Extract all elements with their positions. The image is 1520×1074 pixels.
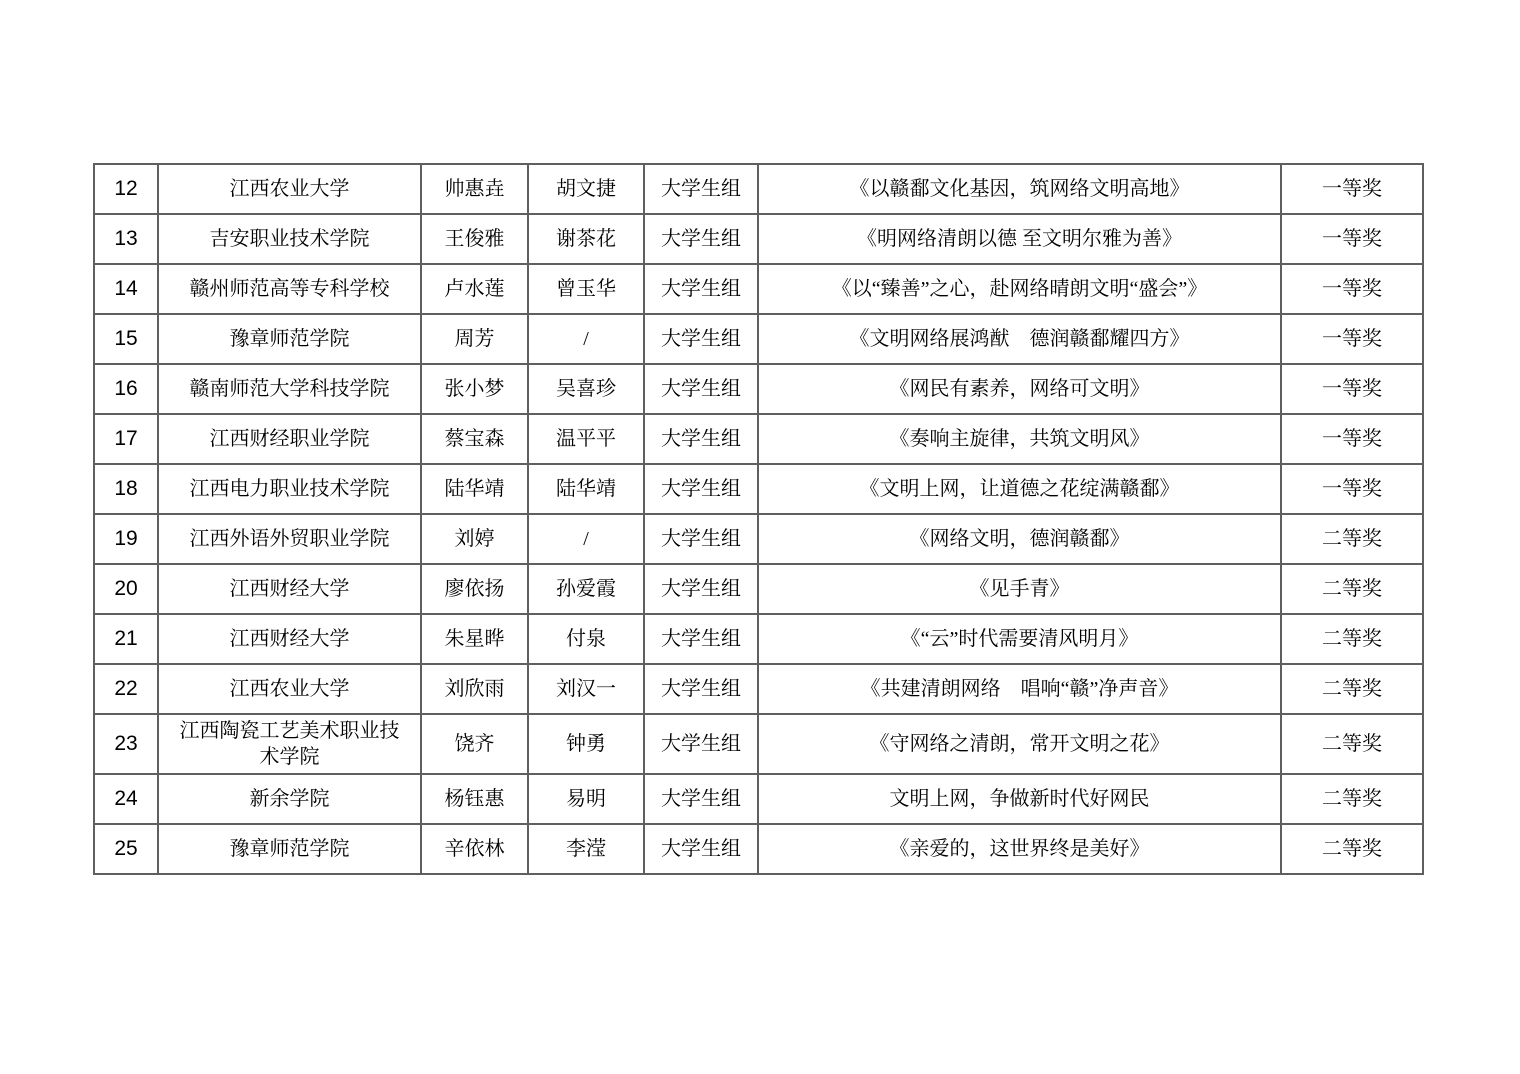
cell-author-name: 刘婷 bbox=[421, 514, 528, 564]
cell-row-number: 18 bbox=[94, 464, 158, 514]
cell-work-title: 《文明网络展鸿猷 德润赣鄱耀四方》 bbox=[758, 314, 1281, 364]
cell-second-name: 陆华靖 bbox=[528, 464, 644, 514]
cell-award-level: 一等奖 bbox=[1281, 464, 1423, 514]
cell-award-level: 二等奖 bbox=[1281, 564, 1423, 614]
cell-work-title: 《明网络清朗以德 至文明尔雅为善》 bbox=[758, 214, 1281, 264]
cell-group-label: 大学生组 bbox=[644, 824, 758, 874]
cell-award-level: 二等奖 bbox=[1281, 514, 1423, 564]
cell-award-level: 一等奖 bbox=[1281, 314, 1423, 364]
cell-award-level: 二等奖 bbox=[1281, 824, 1423, 874]
table-row: 17 江西财经职业学院 蔡宝森 温平平 大学生组 《奏响主旋律，共筑文明风》 一… bbox=[94, 414, 1423, 464]
cell-group-label: 大学生组 bbox=[644, 464, 758, 514]
cell-school-name: 新余学院 bbox=[158, 774, 421, 824]
cell-author-name: 蔡宝森 bbox=[421, 414, 528, 464]
cell-second-name: 胡文捷 bbox=[528, 164, 644, 214]
table-row: 18 江西电力职业技术学院 陆华靖 陆华靖 大学生组 《文明上网，让道德之花绽满… bbox=[94, 464, 1423, 514]
cell-group-label: 大学生组 bbox=[644, 214, 758, 264]
cell-row-number: 14 bbox=[94, 264, 158, 314]
cell-second-name: 付泉 bbox=[528, 614, 644, 664]
cell-school-name: 江西陶瓷工艺美术职业技术学院 bbox=[158, 714, 421, 774]
cell-school-name: 豫章师范学院 bbox=[158, 824, 421, 874]
cell-work-title: 《亲爱的，这世界终是美好》 bbox=[758, 824, 1281, 874]
cell-group-label: 大学生组 bbox=[644, 364, 758, 414]
cell-school-name: 江西农业大学 bbox=[158, 664, 421, 714]
table-row: 21 江西财经大学 朱星晔 付泉 大学生组 《“云”时代需要清风明月》 二等奖 bbox=[94, 614, 1423, 664]
cell-row-number: 19 bbox=[94, 514, 158, 564]
table-row: 24 新余学院 杨钰惠 易明 大学生组 文明上网，争做新时代好网民 二等奖 bbox=[94, 774, 1423, 824]
cell-school-name: 江西财经职业学院 bbox=[158, 414, 421, 464]
cell-author-name: 陆华靖 bbox=[421, 464, 528, 514]
document-page: 12 江西农业大学 帅惠垚 胡文捷 大学生组 《以赣鄱文化基因，筑网络文明高地》… bbox=[0, 0, 1520, 1074]
table-row: 15 豫章师范学院 周芳 / 大学生组 《文明网络展鸿猷 德润赣鄱耀四方》 一等… bbox=[94, 314, 1423, 364]
cell-school-name: 吉安职业技术学院 bbox=[158, 214, 421, 264]
cell-work-title: 《守网络之清朗，常开文明之花》 bbox=[758, 714, 1281, 774]
cell-second-name: / bbox=[528, 314, 644, 364]
cell-work-title: 《奏响主旋律，共筑文明风》 bbox=[758, 414, 1281, 464]
cell-award-level: 二等奖 bbox=[1281, 664, 1423, 714]
cell-second-name: 李滢 bbox=[528, 824, 644, 874]
table-row: 19 江西外语外贸职业学院 刘婷 / 大学生组 《网络文明，德润赣鄱》 二等奖 bbox=[94, 514, 1423, 564]
cell-award-level: 二等奖 bbox=[1281, 614, 1423, 664]
cell-second-name: 温平平 bbox=[528, 414, 644, 464]
cell-author-name: 廖依扬 bbox=[421, 564, 528, 614]
cell-author-name: 辛依林 bbox=[421, 824, 528, 874]
cell-group-label: 大学生组 bbox=[644, 314, 758, 364]
cell-group-label: 大学生组 bbox=[644, 414, 758, 464]
cell-group-label: 大学生组 bbox=[644, 564, 758, 614]
cell-author-name: 刘欣雨 bbox=[421, 664, 528, 714]
cell-author-name: 帅惠垚 bbox=[421, 164, 528, 214]
cell-group-label: 大学生组 bbox=[644, 714, 758, 774]
cell-second-name: 曾玉华 bbox=[528, 264, 644, 314]
cell-work-title: 《以“臻善”之心，赴网络晴朗文明“盛会”》 bbox=[758, 264, 1281, 314]
cell-school-name: 赣南师范大学科技学院 bbox=[158, 364, 421, 414]
table-row: 14 赣州师范高等专科学校 卢水莲 曾玉华 大学生组 《以“臻善”之心，赴网络晴… bbox=[94, 264, 1423, 314]
cell-award-level: 二等奖 bbox=[1281, 714, 1423, 774]
cell-row-number: 12 bbox=[94, 164, 158, 214]
cell-row-number: 13 bbox=[94, 214, 158, 264]
cell-author-name: 饶齐 bbox=[421, 714, 528, 774]
cell-work-title: 《文明上网，让道德之花绽满赣鄱》 bbox=[758, 464, 1281, 514]
table-row: 22 江西农业大学 刘欣雨 刘汉一 大学生组 《共建清朗网络 唱响“赣”净声音》… bbox=[94, 664, 1423, 714]
cell-second-name: 易明 bbox=[528, 774, 644, 824]
cell-work-title: 《“云”时代需要清风明月》 bbox=[758, 614, 1281, 664]
cell-row-number: 22 bbox=[94, 664, 158, 714]
cell-second-name: 吴喜珍 bbox=[528, 364, 644, 414]
cell-row-number: 20 bbox=[94, 564, 158, 614]
cell-group-label: 大学生组 bbox=[644, 264, 758, 314]
table-row: 13 吉安职业技术学院 王俊雅 谢茶花 大学生组 《明网络清朗以德 至文明尔雅为… bbox=[94, 214, 1423, 264]
awards-table-body: 12 江西农业大学 帅惠垚 胡文捷 大学生组 《以赣鄱文化基因，筑网络文明高地》… bbox=[94, 164, 1423, 874]
table-row: 20 江西财经大学 廖依扬 孙爱霞 大学生组 《见手青》 二等奖 bbox=[94, 564, 1423, 614]
cell-school-name: 江西农业大学 bbox=[158, 164, 421, 214]
cell-school-name: 江西外语外贸职业学院 bbox=[158, 514, 421, 564]
cell-row-number: 16 bbox=[94, 364, 158, 414]
cell-school-name: 赣州师范高等专科学校 bbox=[158, 264, 421, 314]
cell-work-title: 《见手青》 bbox=[758, 564, 1281, 614]
cell-work-title: 《共建清朗网络 唱响“赣”净声音》 bbox=[758, 664, 1281, 714]
cell-second-name: 刘汉一 bbox=[528, 664, 644, 714]
cell-work-title: 《网络文明，德润赣鄱》 bbox=[758, 514, 1281, 564]
table-row: 16 赣南师范大学科技学院 张小梦 吴喜珍 大学生组 《网民有素养，网络可文明》… bbox=[94, 364, 1423, 414]
cell-award-level: 一等奖 bbox=[1281, 364, 1423, 414]
cell-author-name: 王俊雅 bbox=[421, 214, 528, 264]
awards-table: 12 江西农业大学 帅惠垚 胡文捷 大学生组 《以赣鄱文化基因，筑网络文明高地》… bbox=[93, 163, 1424, 875]
cell-group-label: 大学生组 bbox=[644, 514, 758, 564]
cell-second-name: / bbox=[528, 514, 644, 564]
cell-author-name: 张小梦 bbox=[421, 364, 528, 414]
cell-school-name: 豫章师范学院 bbox=[158, 314, 421, 364]
cell-row-number: 24 bbox=[94, 774, 158, 824]
table-row: 25 豫章师范学院 辛依林 李滢 大学生组 《亲爱的，这世界终是美好》 二等奖 bbox=[94, 824, 1423, 874]
cell-author-name: 周芳 bbox=[421, 314, 528, 364]
cell-row-number: 17 bbox=[94, 414, 158, 464]
cell-second-name: 谢茶花 bbox=[528, 214, 644, 264]
cell-school-name: 江西电力职业技术学院 bbox=[158, 464, 421, 514]
cell-award-level: 一等奖 bbox=[1281, 414, 1423, 464]
cell-school-name: 江西财经大学 bbox=[158, 614, 421, 664]
cell-author-name: 卢水莲 bbox=[421, 264, 528, 314]
cell-second-name: 钟勇 bbox=[528, 714, 644, 774]
cell-award-level: 一等奖 bbox=[1281, 164, 1423, 214]
table-row: 12 江西农业大学 帅惠垚 胡文捷 大学生组 《以赣鄱文化基因，筑网络文明高地》… bbox=[94, 164, 1423, 214]
cell-award-level: 一等奖 bbox=[1281, 264, 1423, 314]
cell-row-number: 23 bbox=[94, 714, 158, 774]
cell-work-title: 文明上网，争做新时代好网民 bbox=[758, 774, 1281, 824]
cell-work-title: 《网民有素养，网络可文明》 bbox=[758, 364, 1281, 414]
cell-group-label: 大学生组 bbox=[644, 164, 758, 214]
cell-award-level: 二等奖 bbox=[1281, 774, 1423, 824]
cell-group-label: 大学生组 bbox=[644, 614, 758, 664]
cell-work-title: 《以赣鄱文化基因，筑网络文明高地》 bbox=[758, 164, 1281, 214]
cell-second-name: 孙爱霞 bbox=[528, 564, 644, 614]
cell-author-name: 杨钰惠 bbox=[421, 774, 528, 824]
cell-group-label: 大学生组 bbox=[644, 664, 758, 714]
cell-award-level: 一等奖 bbox=[1281, 214, 1423, 264]
cell-row-number: 15 bbox=[94, 314, 158, 364]
cell-author-name: 朱星晔 bbox=[421, 614, 528, 664]
cell-row-number: 25 bbox=[94, 824, 158, 874]
cell-group-label: 大学生组 bbox=[644, 774, 758, 824]
table-row: 23 江西陶瓷工艺美术职业技术学院 饶齐 钟勇 大学生组 《守网络之清朗，常开文… bbox=[94, 714, 1423, 774]
cell-school-name: 江西财经大学 bbox=[158, 564, 421, 614]
cell-row-number: 21 bbox=[94, 614, 158, 664]
